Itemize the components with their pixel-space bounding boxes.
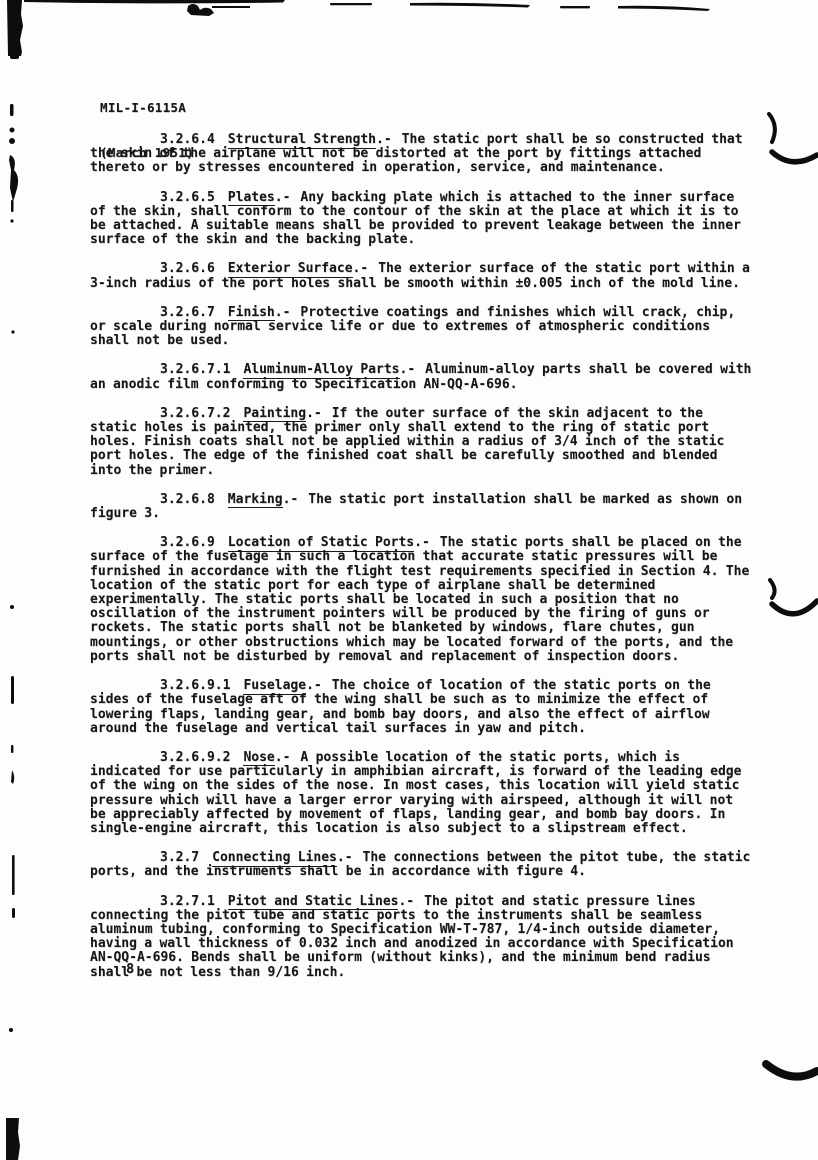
section-number: 3.2.6.7.1 [160, 362, 230, 377]
section-number: 3.2.6.5 [160, 190, 215, 205]
document-body: 3.2.6.4Structural Strength.-The static p… [90, 133, 752, 995]
spec-paragraph: 3.2.6.5Plates.-Any backing plate which i… [90, 191, 752, 248]
spec-paragraph: 3.2.6.4Structural Strength.-The static p… [90, 133, 752, 176]
section-title: Marking [228, 492, 283, 509]
section-title-suffix: .- [283, 492, 299, 507]
section-title-suffix: .- [275, 190, 291, 205]
section-title-suffix: .- [306, 678, 322, 693]
spec-paragraph: 3.2.6.9.2Nose.-A possible location of th… [90, 751, 752, 836]
section-number: 3.2.6.9 [160, 535, 215, 550]
spec-paragraph: 3.2.6.9.1Fuselage.-The choice of locatio… [90, 679, 752, 736]
spec-paragraph: 3.2.6.9Location of Static Ports.-The sta… [90, 536, 752, 664]
section-title-suffix: .- [353, 261, 369, 276]
section-title-suffix: .- [376, 132, 392, 147]
top-ink-blob-icon [187, 4, 250, 16]
section-number: 3.2.6.8 [160, 492, 215, 507]
right-margin-pen-mark-1-icon [769, 114, 817, 162]
section-title-suffix: .- [275, 750, 291, 765]
document-page: MIL-I-6115A (March 1951) 3.2.6.4Structur… [0, 0, 818, 1160]
spec-paragraph: 3.2.6.8Marking.-The static port installa… [90, 493, 752, 521]
spec-paragraph: 3.2.6.7.2Painting.-If the outer surface … [90, 407, 752, 478]
section-number: 3.2.7.1 [160, 894, 215, 909]
section-title-suffix: .- [275, 305, 291, 320]
section-title-suffix: .- [398, 894, 414, 909]
section-number: 3.2.6.9.1 [160, 678, 230, 693]
section-number: 3.2.7 [160, 850, 199, 865]
top-edge-scan-lines-icon [24, 0, 710, 11]
spec-paragraph: 3.2.6.7Finish.-Protective coatings and f… [90, 306, 752, 349]
section-number: 3.2.6.6 [160, 261, 215, 276]
page-number: 8 [126, 961, 134, 977]
bottom-right-pen-swoosh-icon [766, 1064, 817, 1077]
section-body: The static ports shall be placed on the … [90, 535, 749, 664]
section-title-suffix: .- [400, 362, 416, 377]
spec-paragraph: 3.2.6.6Exterior Surface.-The exterior su… [90, 262, 752, 290]
bottom-left-ink-bar-icon [6, 1118, 20, 1160]
section-number: 3.2.6.7 [160, 305, 215, 320]
document-id: MIL-I-6115A [100, 100, 194, 115]
section-title-suffix: .- [414, 535, 430, 550]
section-title-suffix: .- [337, 850, 353, 865]
section-number: 3.2.6.9.2 [160, 750, 230, 765]
right-margin-pen-mark-2-icon [770, 580, 817, 614]
section-number: 3.2.6.7.2 [160, 406, 230, 421]
section-number: 3.2.6.4 [160, 132, 215, 147]
section-title-suffix: .- [306, 406, 322, 421]
top-left-ink-bar-icon [7, 0, 23, 59]
left-margin-binding-marks-icon [9, 104, 18, 1032]
spec-paragraph: 3.2.6.7.1Aluminum-Alloy Parts.-Aluminum-… [90, 363, 752, 391]
spec-paragraph: 3.2.7Connecting Lines.-The connections b… [90, 851, 752, 879]
spec-paragraph: 3.2.7.1Pitot and Static Lines.-The pitot… [90, 895, 752, 980]
